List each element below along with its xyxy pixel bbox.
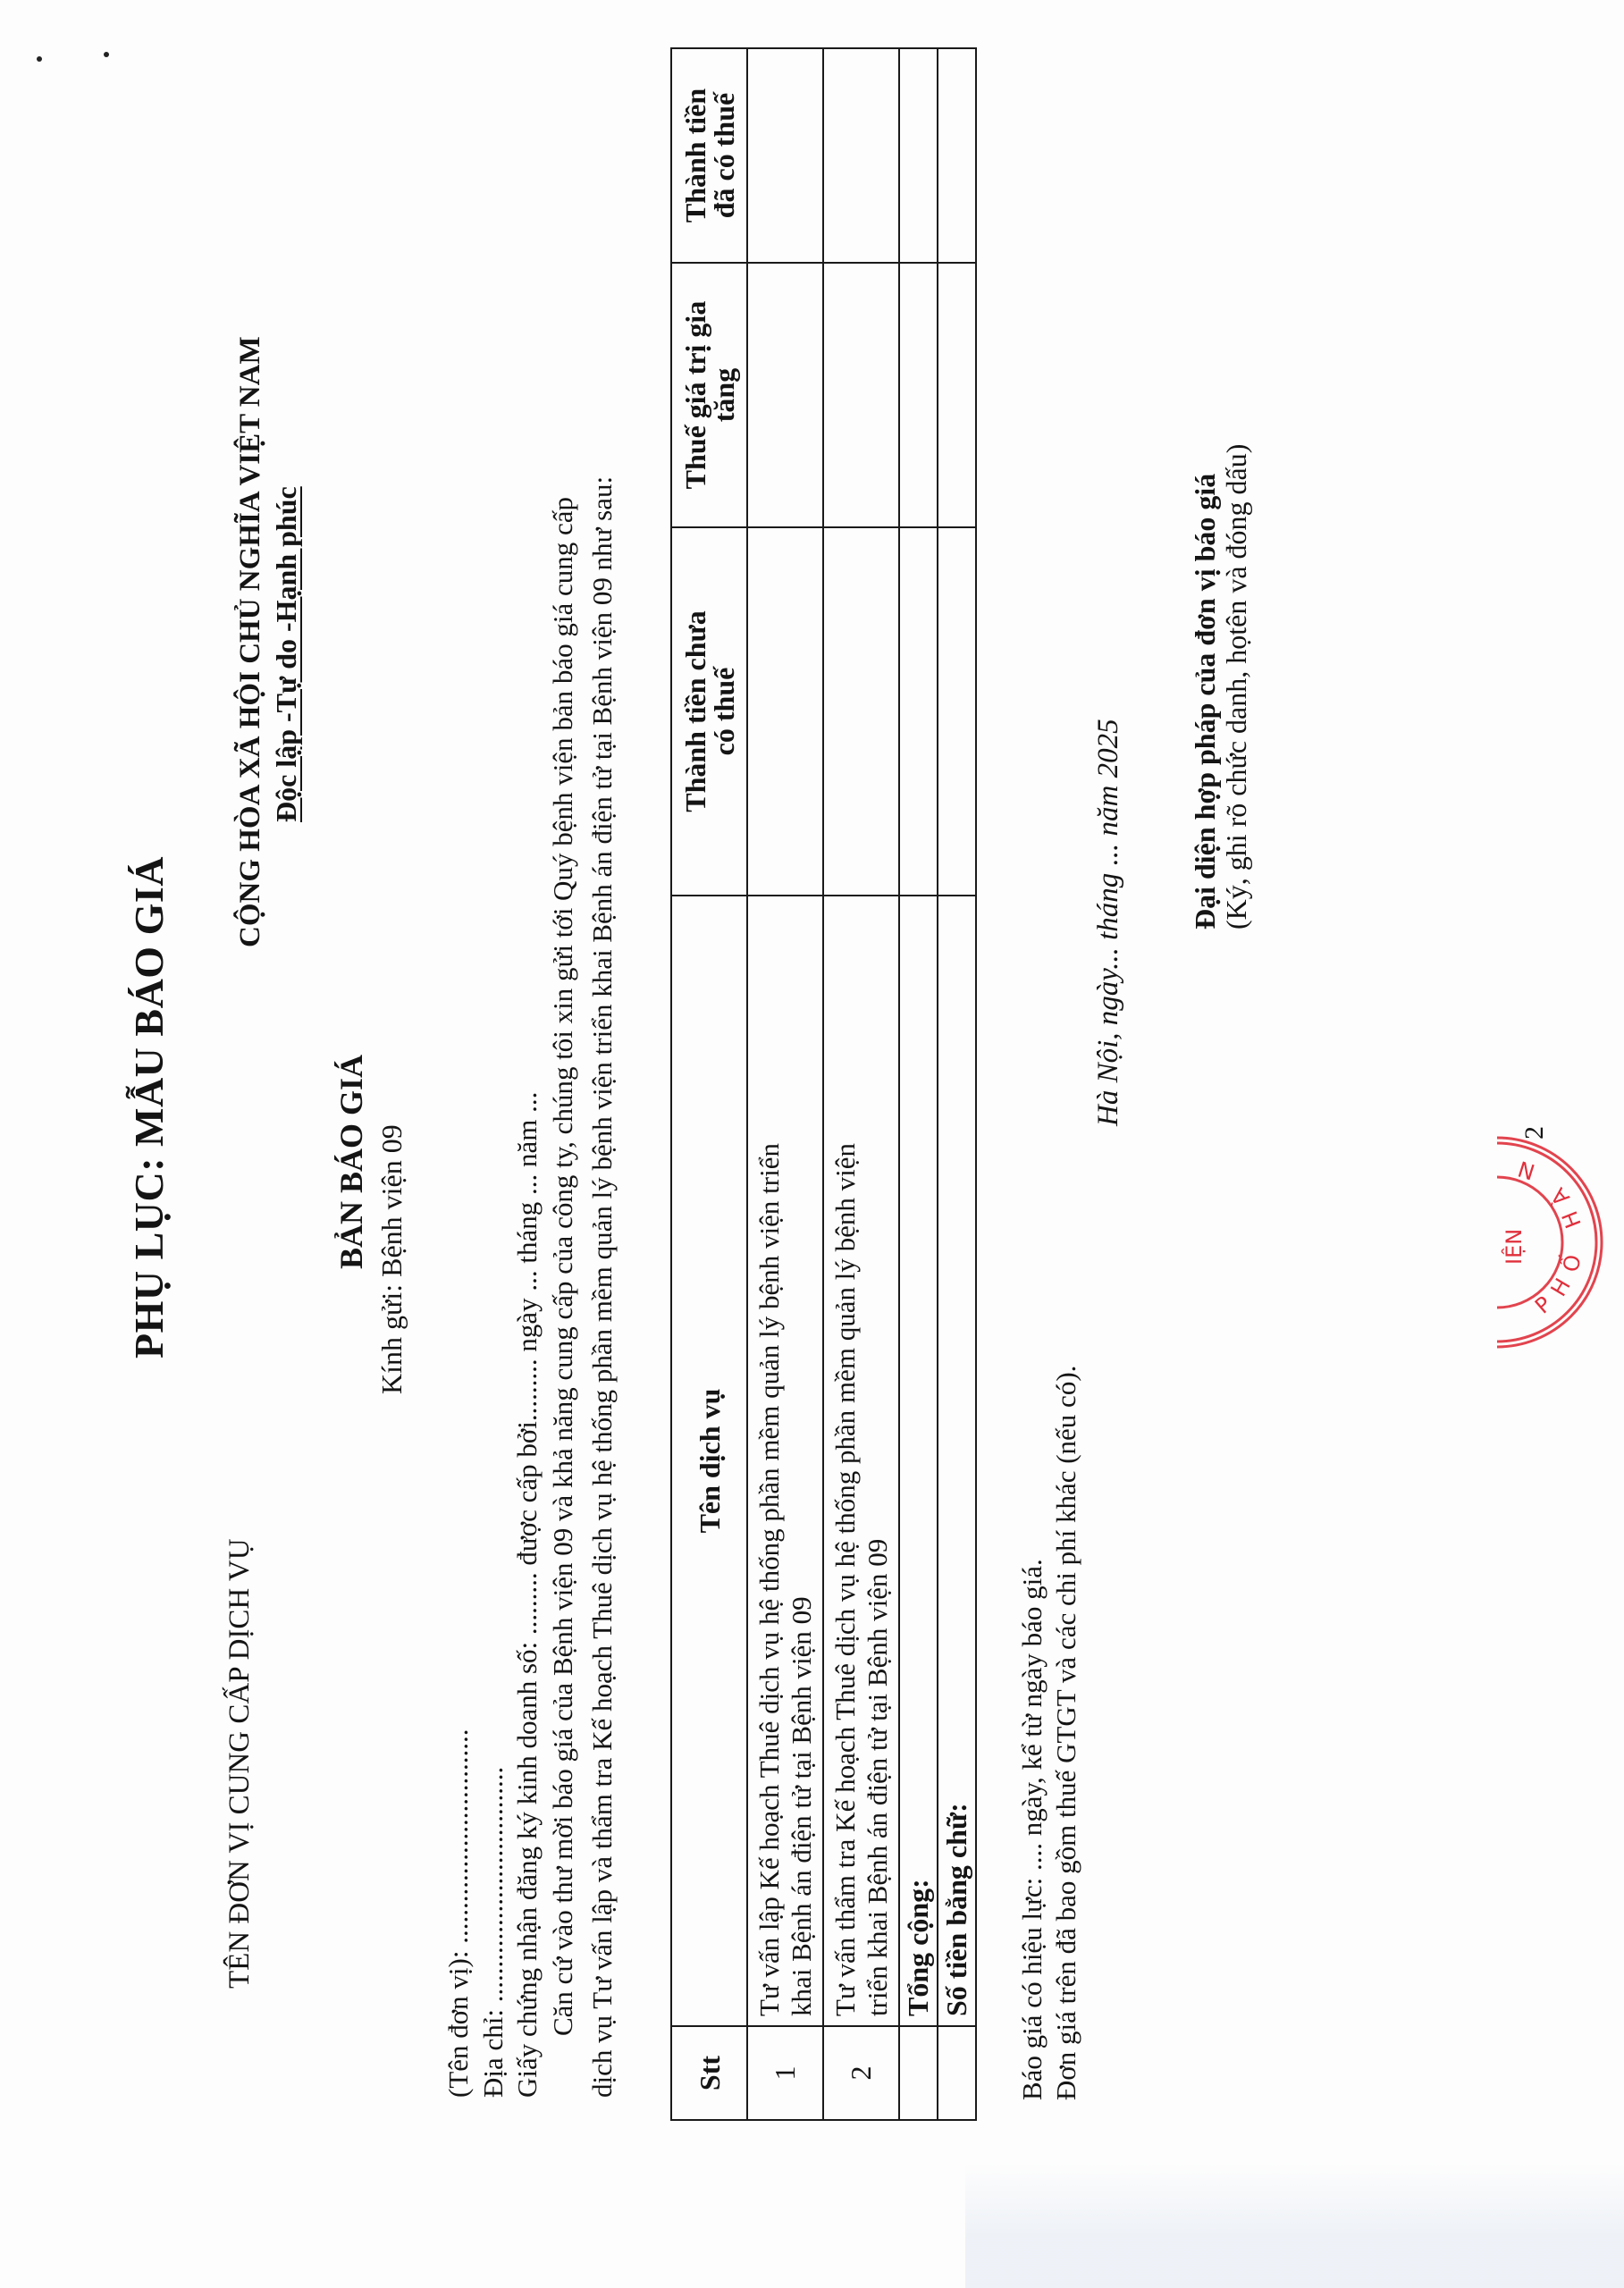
row-amount-with-tax [747, 48, 823, 263]
business-cert-field: Giấy chứng nhận đăng ký kinh doanh số: .… [511, 1092, 543, 2098]
header-service-name: Tên dịch vụ [671, 896, 747, 2026]
row-vat [823, 263, 899, 527]
words-pre-tax [938, 527, 976, 896]
header-stt: Stt [671, 2026, 747, 2120]
words-stt-cell [938, 2026, 976, 2120]
total-row: Tổng cộng: [899, 48, 938, 2120]
quotation-table: Stt Tên dịch vụ Thành tiền chưa có thuế … [670, 47, 977, 2121]
signature-title: Đại diện hợp pháp của đơn vị báo giá [1189, 474, 1222, 929]
svg-text:IỆN: IỆN [1501, 1229, 1527, 1265]
unit-name-field: (Tên đơn vị): ..........................… [442, 1729, 475, 2098]
row-amount-pre-tax [823, 527, 899, 896]
national-motto: Độc lập -Tự do -Hạnh phúc [270, 486, 303, 822]
total-pre-tax [899, 527, 938, 896]
national-header: CỘNG HÒA XÃ HỘI CHỦ NGHĨA VIỆT NAM [234, 336, 267, 947]
page-number: 2 [1519, 1126, 1550, 1140]
amount-in-words-label: Số tiền bằng chữ: [938, 896, 976, 2026]
red-seal-stamp-icon: PHỐ HÀ NỘI IỆN [1376, 1122, 1618, 1363]
address-field: Địa chỉ: ...............................… [477, 1767, 509, 2098]
header-amount-with-tax: Thành tiền đã có thuế [671, 48, 747, 263]
document-title: BẢN BÁO GIÁ [332, 1055, 370, 1269]
total-label: Tổng cộng: [899, 896, 938, 2026]
date-line: Hà Nội, ngày... tháng ... năm 2025 [1092, 719, 1125, 1126]
signature-hint: (Ký, ghi rõ chức danh, họtên và đóng dấu… [1220, 444, 1253, 929]
total-stt-cell [899, 2026, 938, 2120]
table-row: 2 Tư vấn thẩm tra Kế hoạch Thuê dịch vụ … [823, 48, 899, 2120]
recipient-line: Kính gửi: Bệnh viện 09 [375, 1124, 408, 1394]
motto-text: Độc lập -Tự do -Hạnh phúc [270, 486, 302, 822]
validity-note: Báo giá có hiệu lực: .... ngày, kể từ ng… [1016, 1559, 1048, 2100]
row-stt: 2 [823, 2026, 899, 2120]
total-with-tax [899, 48, 938, 263]
words-vat [938, 263, 976, 527]
intro-line-2: dịch vụ Tư vấn lập và thẩm tra Kế hoạch … [586, 476, 618, 2098]
row-amount-pre-tax [747, 527, 823, 896]
amount-in-words-row: Số tiền bằng chữ: [938, 48, 976, 2120]
svg-text:PHỐ HÀ NỘI: PHỐ HÀ NỘI [1376, 1152, 1588, 1363]
provider-name-placeholder: TÊN ĐƠN VỊ CUNG CẤP DỊCH VỤ [223, 1538, 257, 1989]
row-stt: 1 [747, 2026, 823, 2120]
row-vat [747, 263, 823, 527]
table-header-row: Stt Tên dịch vụ Thành tiền chưa có thuế … [671, 48, 747, 2120]
appendix-title: PHỤ LỤC: MẪU BÁO GIÁ [125, 856, 172, 1358]
intro-line-1: Căn cứ vào thư mời báo giá của Bệnh viện… [547, 497, 579, 2036]
row-amount-with-tax [823, 48, 899, 263]
header-vat: Thuế giá trị gia tăng [671, 263, 747, 527]
quotation-page: PHỤ LỤC: MẪU BÁO GIÁ TÊN ĐƠN VỊ CUNG CẤP… [0, 0, 1624, 2288]
row-service-name: Tư vấn lập Kế hoạch Thuê dịch vụ hệ thốn… [747, 896, 823, 2026]
row-service-name: Tư vấn thẩm tra Kế hoạch Thuê dịch vụ hệ… [823, 896, 899, 2026]
header-amount-pre-tax: Thành tiền chưa có thuế [671, 527, 747, 896]
total-vat [899, 263, 938, 527]
price-includes-note: Đơn giá trên đã bao gồm thuế GTGT và các… [1050, 1366, 1082, 2100]
words-with-tax [938, 48, 976, 263]
table-row: 1 Tư vấn lập Kế hoạch Thuê dịch vụ hệ th… [747, 48, 823, 2120]
